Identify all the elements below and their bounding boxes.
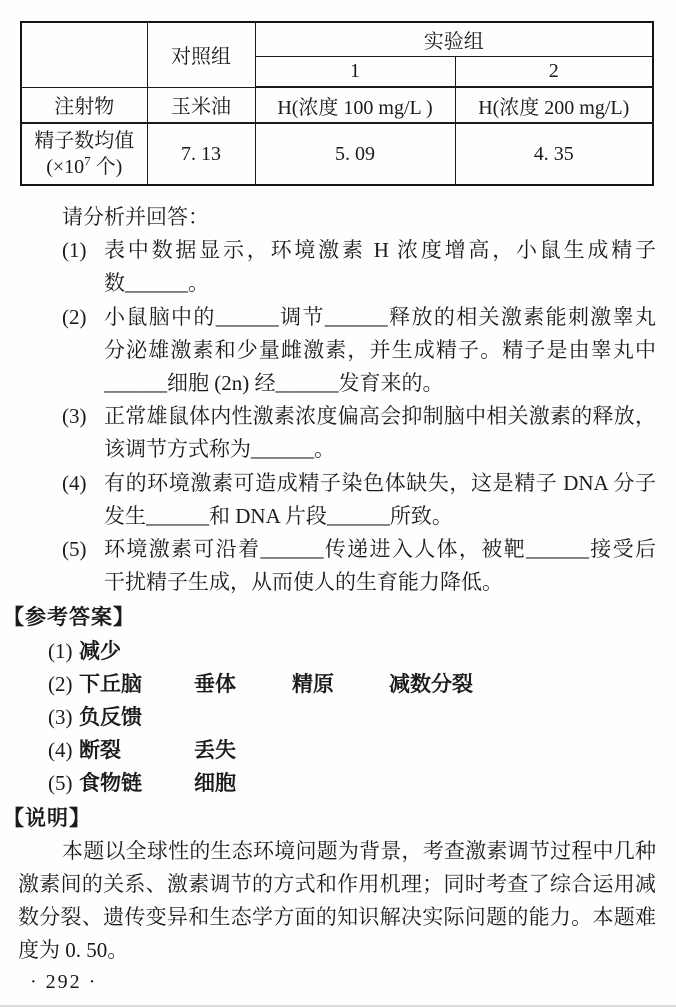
- answer-value: 负反馈: [79, 701, 142, 734]
- answer-value: 减数分裂: [389, 668, 473, 701]
- answer-4-number: (4): [48, 734, 79, 767]
- notes-heading: 【说明】: [3, 802, 656, 835]
- injection-row-label: 注射物: [21, 87, 147, 123]
- answer-row-3: (3) 负反馈: [18, 701, 656, 734]
- question-line: 干扰精子生成，从而使人的生育能力降低。: [104, 566, 656, 599]
- answer-value: 食物链: [79, 767, 194, 800]
- answer-5-number: (5): [48, 767, 79, 800]
- answer-row-5: (5) 食物链 细胞: [18, 767, 656, 800]
- experimental-group-header: 实验组: [255, 22, 653, 56]
- question-3-number: (3): [62, 400, 104, 433]
- question-2-number: (2): [62, 301, 104, 334]
- experimental-sub1-header: 1: [255, 56, 455, 87]
- answer-2-number: (2): [48, 668, 79, 701]
- reference-answers-heading: 【参考答案】: [3, 601, 656, 634]
- experimental-sub2-header: 2: [455, 56, 653, 87]
- question-item-1: (1) 表中数据显示，环境激素 H 浓度增高，小鼠生成精子 数______。: [18, 234, 656, 300]
- notes-line: 激素间的关系、激素调节的方式和作用机理；同时考查了综合运用减: [18, 868, 656, 901]
- answer-value: 断裂: [79, 734, 194, 767]
- question-4-number: (4): [62, 467, 104, 500]
- question-item-3: (3) 正常雄鼠体内性激素浓度偏高会抑制脑中相关激素的释放， 该调节方式称为__…: [18, 400, 656, 466]
- control-group-header: 对照组: [147, 22, 255, 87]
- answer-1-number: (1): [48, 635, 79, 668]
- question-line: 环境激素可沿着______传递进入人体，被靶______接受后: [104, 533, 656, 566]
- scanned-document-page: 对照组 实验组 1 2 注射物 玉米油 H(浓度 100 mg/L ) H(浓度…: [0, 0, 676, 1007]
- question-line: 小鼠脑中的______调节______释放的相关激素能刺激睾丸: [104, 301, 656, 334]
- sperm-count-row-label: 精子数均值 (×107 个): [21, 123, 147, 185]
- question-line: 发生______和 DNA 片段______所致。: [104, 500, 656, 533]
- answer-value: 减少: [79, 635, 121, 668]
- question-line: 该调节方式称为______。: [104, 433, 656, 466]
- notes-line: 本题以全球性的生态环境问题为背景，考查激素调节过程中几种: [18, 835, 656, 868]
- question-item-2: (2) 小鼠脑中的______调节______释放的相关激素能刺激睾丸 分泌雄激…: [18, 301, 656, 401]
- page-number: · 292 ·: [30, 970, 656, 994]
- injection-exp1-value: H(浓度 100 mg/L ): [255, 87, 455, 123]
- notes-line: 数分裂、遗传变异和生态学方面的知识解决实际问题的能力。本题难: [18, 901, 656, 934]
- question-line: ______细胞 (2n) 经______发育来的。: [104, 367, 656, 400]
- answer-value: 细胞: [194, 767, 236, 800]
- reference-answers-section: 【参考答案】 (1) 减少 (2) 下丘脑 垂体 精原 减数分裂 (3) 负反馈…: [18, 601, 656, 800]
- question-line: 分泌雄激素和少量雌激素，并生成精子。精子是由睾丸中: [104, 334, 656, 367]
- question-line: 数______。: [104, 267, 656, 300]
- answer-3-number: (3): [48, 701, 79, 734]
- experiment-data-table: 对照组 实验组 1 2 注射物 玉米油 H(浓度 100 mg/L ) H(浓度…: [20, 21, 654, 186]
- sperm-count-label-line1: 精子数均值: [24, 128, 145, 154]
- answer-row-2: (2) 下丘脑 垂体 精原 减数分裂: [18, 668, 656, 701]
- sperm-count-label-unit: (×107 个): [24, 154, 145, 180]
- answer-value: 垂体: [194, 668, 292, 701]
- notes-line: 度为 0. 50。: [18, 934, 656, 967]
- sperm-count-exp2-value: 4. 35: [455, 123, 653, 185]
- questions-intro: 请分析并回答：: [18, 201, 656, 234]
- table-corner-cell: [21, 22, 147, 87]
- question-item-4: (4) 有的环境激素可造成精子染色体缺失，这是精子 DNA 分子 发生_____…: [18, 467, 656, 533]
- sperm-count-exp1-value: 5. 09: [255, 123, 455, 185]
- answer-row-1: (1) 减少: [18, 635, 656, 668]
- answer-row-4: (4) 断裂 丢失: [18, 734, 656, 767]
- answer-value: 丢失: [194, 734, 236, 767]
- sperm-count-control-value: 7. 13: [147, 123, 255, 185]
- question-item-5: (5) 环境激素可沿着______传递进入人体，被靶______接受后 干扰精子…: [18, 533, 656, 599]
- question-5-number: (5): [62, 533, 104, 566]
- answer-value: 下丘脑: [79, 668, 194, 701]
- injection-control-value: 玉米油: [147, 87, 255, 123]
- question-line: 有的环境激素可造成精子染色体缺失，这是精子 DNA 分子: [104, 467, 656, 500]
- question-line: 表中数据显示，环境激素 H 浓度增高，小鼠生成精子: [104, 234, 656, 267]
- injection-exp2-value: H(浓度 200 mg/L): [455, 87, 653, 123]
- answer-value: 精原: [292, 668, 389, 701]
- notes-section: 【说明】 本题以全球性的生态环境问题为背景，考查激素调节过程中几种 激素间的关系…: [18, 802, 656, 968]
- question-1-number: (1): [62, 234, 104, 267]
- question-line: 正常雄鼠体内性激素浓度偏高会抑制脑中相关激素的释放，: [104, 400, 656, 433]
